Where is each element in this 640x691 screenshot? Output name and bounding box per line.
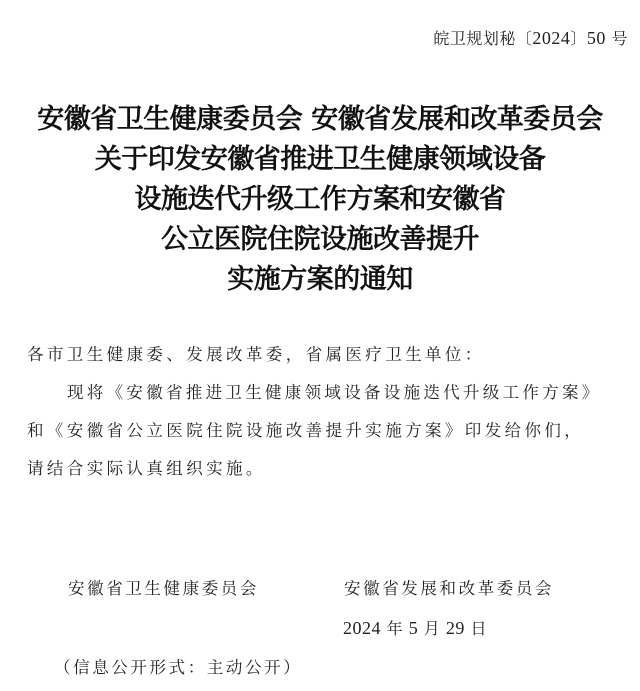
date-month-unit: 月 bbox=[418, 619, 446, 638]
doc-number-unit: 号 bbox=[606, 29, 628, 48]
title-line: 实施方案的通知 bbox=[0, 260, 640, 300]
date-month: 5 bbox=[409, 618, 419, 638]
date-day-unit: 日 bbox=[465, 619, 487, 638]
document-title: 安徽省卫生健康委员会 安徽省发展和改革委员会 关于印发安徽省推进卫生健康领域设备… bbox=[0, 100, 640, 300]
salutation: 各市卫生健康委、发展改革委，省属医疗卫生单位： bbox=[27, 341, 485, 365]
document-number: 皖卫规划秘〔2024〕50 号 bbox=[433, 26, 628, 49]
paragraph-line: 请结合实际认真组织实施。 bbox=[27, 455, 266, 479]
doc-number-year: 2024 bbox=[532, 28, 570, 48]
doc-number-bracket: 〕 bbox=[570, 29, 587, 48]
title-line: 设施迭代升级工作方案和安徽省 bbox=[0, 180, 640, 220]
paragraph-line: 和《安徽省公立医院住院设施改善提升实施方案》印发给你们， bbox=[27, 417, 584, 441]
title-line: 公立医院住院设施改善提升 bbox=[0, 220, 640, 260]
date-day: 29 bbox=[446, 618, 465, 638]
doc-number-value: 50 bbox=[587, 28, 606, 48]
title-line: 关于印发安徽省推进卫生健康领域设备 bbox=[0, 140, 640, 180]
paragraph-line: 现将《安徽省推进卫生健康领域设备设施迭代升级工作方案》 bbox=[67, 379, 602, 403]
doc-number-prefix: 皖卫规划秘〔 bbox=[433, 29, 532, 48]
issuer-health-commission: 安徽省卫生健康委员会 bbox=[68, 575, 259, 599]
date-year-unit: 年 bbox=[381, 619, 409, 638]
issue-date: 2024 年 5 月 29 日 bbox=[343, 616, 487, 639]
date-year: 2024 bbox=[343, 618, 381, 638]
disclosure-note: （信息公开形式：主动公开） bbox=[54, 654, 302, 678]
title-line: 安徽省卫生健康委员会 安徽省发展和改革委员会 bbox=[0, 100, 640, 140]
issuer-development-reform-commission: 安徽省发展和改革委员会 bbox=[344, 575, 554, 599]
